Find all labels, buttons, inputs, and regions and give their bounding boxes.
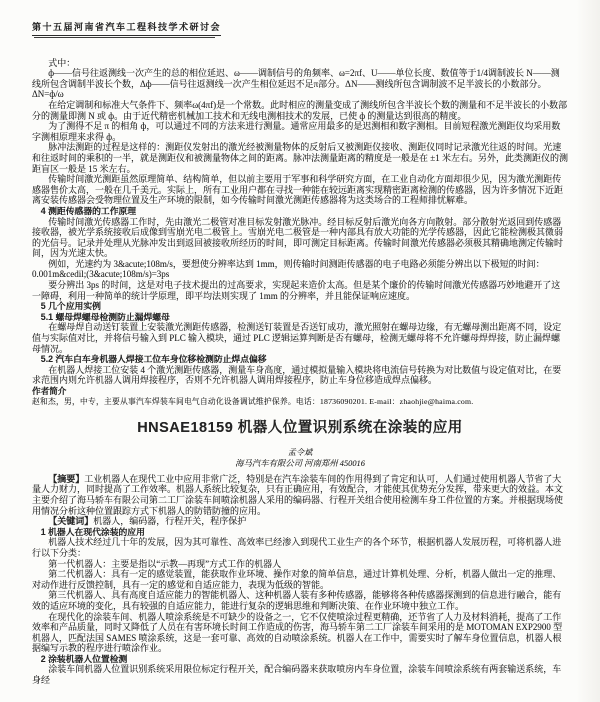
paper-title: HNSAE18159 机器人位置识别系统在涂装的应用	[32, 420, 568, 437]
robot-generation-1: 第一代机器人：主要是指以“示教—再现”方式工作的机器人	[32, 559, 568, 570]
keywords-label: 【关键词】	[48, 516, 93, 526]
formula-delta-n: ΔN=ф/ω	[32, 89, 568, 100]
robot-generation-2: 第二代机器人：具有一定的感觉装置，能获取作业环境、操作对象的简单信息，通过计算机…	[32, 569, 568, 590]
symbol-definitions: ф——信号往返测线一次产生的总的相位延迟、ω——调制信号的角频率、ω=2πf、U…	[32, 68, 568, 89]
abstract-paragraph: 【摘要】工业机器人在现代工业中应用非常广泛，特别是在汽车涂装车间的作用得到了肯定…	[32, 474, 568, 516]
para-pulse-ranging: 脉冲法测距的过程是这样的：测距仪发射出的激光经被测量物体的反射后又被测距仪接收、…	[32, 142, 568, 174]
abstract-label: 【摘要】	[48, 474, 84, 484]
para-sensor-cost: 传输时间激光测距虽然原理简单、结构简单，但以前主要用于军事和科学研究方面，在工业…	[32, 174, 568, 206]
paper-author: 孟令斌	[32, 447, 568, 458]
conference-header: 第十五届河南省汽车工程科技学术研讨会	[32, 22, 221, 36]
section-1-paragraph-1: 机器人技术经过几十年的发展，因为其可靠性、高效率已经渗入到现代工业生产的各个环节…	[32, 537, 568, 558]
section-1-heading: 1 机器人在现代涂装的应用	[32, 527, 568, 538]
keywords-paragraph: 【关键词】机器人，编码器，行程开关，程序保护	[32, 516, 568, 527]
section-5-1-heading: 5.1 螺母焊螺母检测防止漏焊螺母	[32, 312, 568, 323]
section-4-example: 例如，光速约为 3&acute;108m/s，要想使分辨率达到 1mm，则传输时…	[32, 259, 568, 270]
section-2-heading: 2 涂装机器人位置检测	[32, 654, 568, 665]
keywords-text: 机器人，编码器，行程开关，程序保护	[93, 516, 246, 526]
section-5-2-paragraph: 在机器人焊接工位安装 4 个激光测距传感器，测量车身高度，通过模拟量输入模块将电…	[32, 365, 568, 386]
section-4-paragraph: 传输时间激光传感器工作时，先由激光二极管对准目标发射激光脉冲。经目标反射后激光向…	[32, 217, 568, 259]
section-4-heading: 4 测距传感器的工作原理	[32, 206, 568, 217]
para-modulation: 在给定调制和标准大气条件下、频率ω(4πf)是一个常数。此时相应的测量变成了测线…	[32, 100, 568, 121]
author-bio-heading: 作者简介	[32, 386, 568, 397]
robot-generation-3: 第三代机器人、具有高度自适应能力的智能机器人、这种机器人装有多种传感器，能够将各…	[32, 590, 568, 611]
paper-affiliation: 海马汽车有限公司 河南郑州 450016	[32, 458, 568, 469]
para-phase-measure: 为了测得不足 π 的相角 ф，可以通过不同的方法来进行测量。通常应用最多的是迟测…	[32, 121, 568, 142]
section-4-paragraph-2: 要分辨出 3ps 的时间，这是对电子技术提出的过高要求，实现起来造价太高。但是某…	[32, 280, 568, 301]
abstract-text: 工业机器人在现代工业中应用非常广泛，特别是在汽车涂装车间的作用得到了肯定和认可，…	[32, 474, 563, 516]
section-5-2-heading: 5.2 汽车白车身机器人焊接工位车身位移检测防止焊点偏移	[32, 354, 568, 365]
section-4-formula: 0.001m&cedil;(3&acute;108m/s)=3ps	[32, 269, 568, 280]
section-5-heading: 5 几个应用实例	[32, 301, 568, 312]
section-1-paragraph-2: 在现代化的涂装车间、机器人喷涂系统是不可缺少的设备之一，它不仅使喷涂过程更精确，…	[32, 612, 568, 654]
author-bio-line: 赵和杰，男，中专，主要从事汽车焊装车间电气自动化设备调试维护保养。电话：1873…	[32, 397, 568, 407]
section-5-1-paragraph: 在螺母焊自动送钉装置上安装激光测距传感器，检测送钉装置是否送钉成功，激光照射在螺…	[32, 322, 568, 354]
section-2-paragraph: 涂装车间机器人位置识别系统采用限位标定行程开关，配合编码器来获取喷房内车身位置，…	[32, 664, 568, 685]
formula-intro: 式中：	[32, 58, 568, 69]
scanned-paper-page: 第十五届河南省汽车工程科技学术研讨会 式中： ф——信号往返测线一次产生的总的相…	[0, 0, 600, 702]
